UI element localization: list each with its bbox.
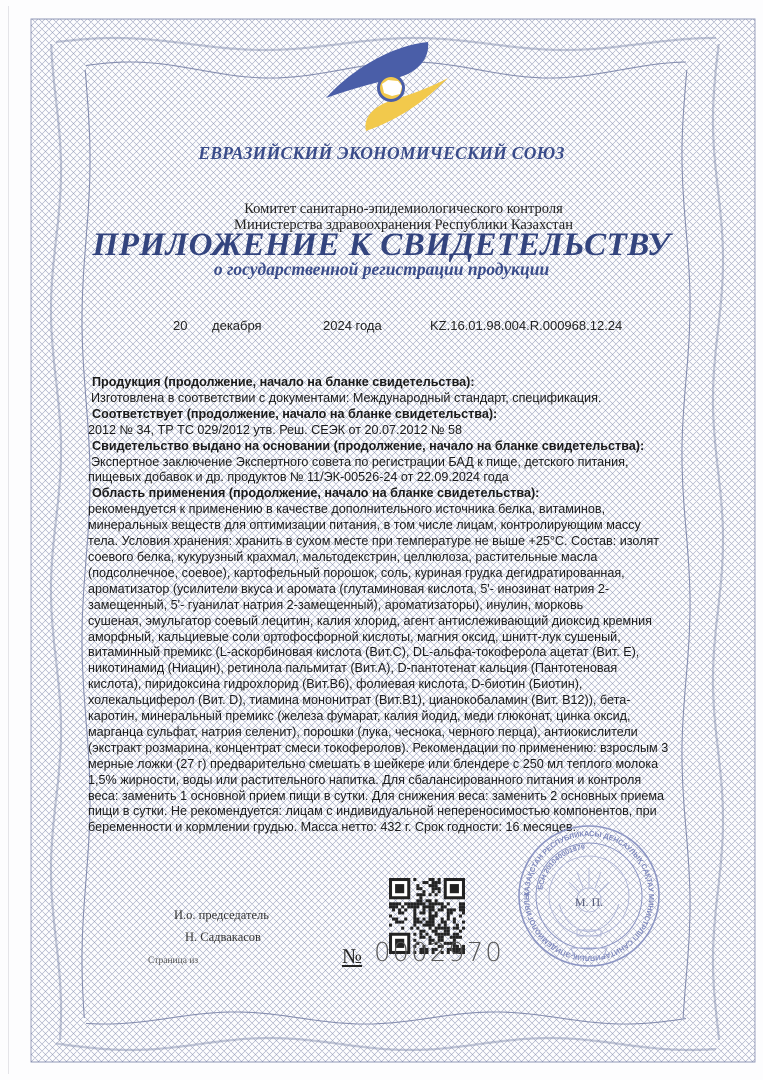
section-text-line: марганца сульфат, натрия селенит), порош…: [88, 725, 678, 741]
number-sign: №: [342, 944, 362, 969]
section-text-line: рекомендуется к применению в качестве до…: [88, 502, 678, 518]
page-counter: Страница из: [148, 956, 198, 966]
section-text-line: каротин, минеральный премикс (железа фум…: [88, 709, 678, 725]
section-text-line: ароматизатор (усилители вкуса и аромата …: [88, 582, 678, 598]
section-text-line: (экстракт розмарина, концентрат смеси то…: [88, 741, 678, 757]
document-body: Продукция (продолжение, начало на бланке…: [88, 375, 678, 836]
section-text-line: Экспертное заключение Экспертного совета…: [88, 455, 678, 471]
section-text-line: мерные ложки (27 г) предварительно смеша…: [88, 757, 678, 773]
serial-number: 0002970: [374, 938, 504, 968]
document-subtitle: о государственной регистрации продукции: [0, 259, 763, 280]
section-text-line: минеральных веществ для оптимизации пита…: [88, 518, 678, 534]
section-text-line: витаминный премикс (L-аскорбиновая кисло…: [88, 645, 678, 661]
section-text-line: (подсолнечное, соевое), картофельный пор…: [88, 566, 678, 582]
certificate-appendix-page: ЕВРАЗИЙСКИЙ ЭКОНОМИЧЕСКИЙ СОЮЗ Комитет с…: [0, 0, 763, 1080]
section-text-line: аморфный, кальциевые соли ортофосфорной …: [88, 630, 678, 646]
section-heading: Область применения (продолжение, начало …: [88, 486, 678, 502]
section-text-line: холекальциферол (Вит. D), тиамина монони…: [88, 693, 678, 709]
section-text-line: тела. Условия хранения: хранить в сухом …: [88, 534, 678, 550]
section-text-line: соевого белка, кукурузный крахмал, мальт…: [88, 550, 678, 566]
section-text-line: кислота), пиридоксина гидрохлорид (Вит.В…: [88, 677, 678, 693]
signatory-title: И.о. председатель: [174, 908, 269, 923]
section-heading: Соответствует (продолжение, начало на бл…: [88, 407, 678, 423]
section-text-line: 2012 № 34, ТР ТС 029/2012 утв. Реш. СЕЭК…: [88, 423, 678, 439]
section-text-line: пищевых добавок и др. продуктов № 11/ЭК-…: [88, 470, 678, 486]
official-stamp-icon: ҚАЗАҚСТАН РЕСПУБЛИКАСЫ ДЕНСАУЛЫҚ САҚТАУ …: [515, 822, 663, 970]
union-name: ЕВРАЗИЙСКИЙ ЭКОНОМИЧЕСКИЙ СОЮЗ: [0, 143, 763, 164]
date-month: декабря: [212, 318, 262, 333]
section-text-line: сушеная, эмульгатор соевый лецитин, кали…: [88, 614, 678, 630]
section-heading: Продукция (продолжение, начало на бланке…: [88, 375, 678, 391]
committee-name: Комитет санитарно-эпидемиологического ко…: [22, 201, 763, 217]
section-text-line: Изготовлена в соответствии с документами…: [88, 391, 678, 407]
section-text-line: пищи в сутки. Не рекомендуется: лицам с …: [88, 804, 678, 820]
signatory-name: Н. Садвакасов: [185, 930, 261, 945]
registration-number: KZ.16.01.98.004.R.000968.12.24: [430, 318, 622, 333]
eaeu-logo-icon: [318, 38, 458, 138]
section-heading: Свидетельство выдано на основании (продо…: [88, 439, 678, 455]
date-day: 20: [173, 318, 187, 333]
stamp-label: М. П.: [575, 895, 603, 909]
section-text-line: никотинамид (Ниацин), ретинола пальмитат…: [88, 661, 678, 677]
section-text-line: 1,5% жирности, воды или растительного на…: [88, 773, 678, 789]
section-text-line: веса: заменить 1 основной прием пищи в с…: [88, 789, 678, 805]
date-year: 2024 года: [323, 318, 382, 333]
section-text-line: замещенный, 5'- гуанилат натрия 2-замеще…: [88, 598, 678, 614]
